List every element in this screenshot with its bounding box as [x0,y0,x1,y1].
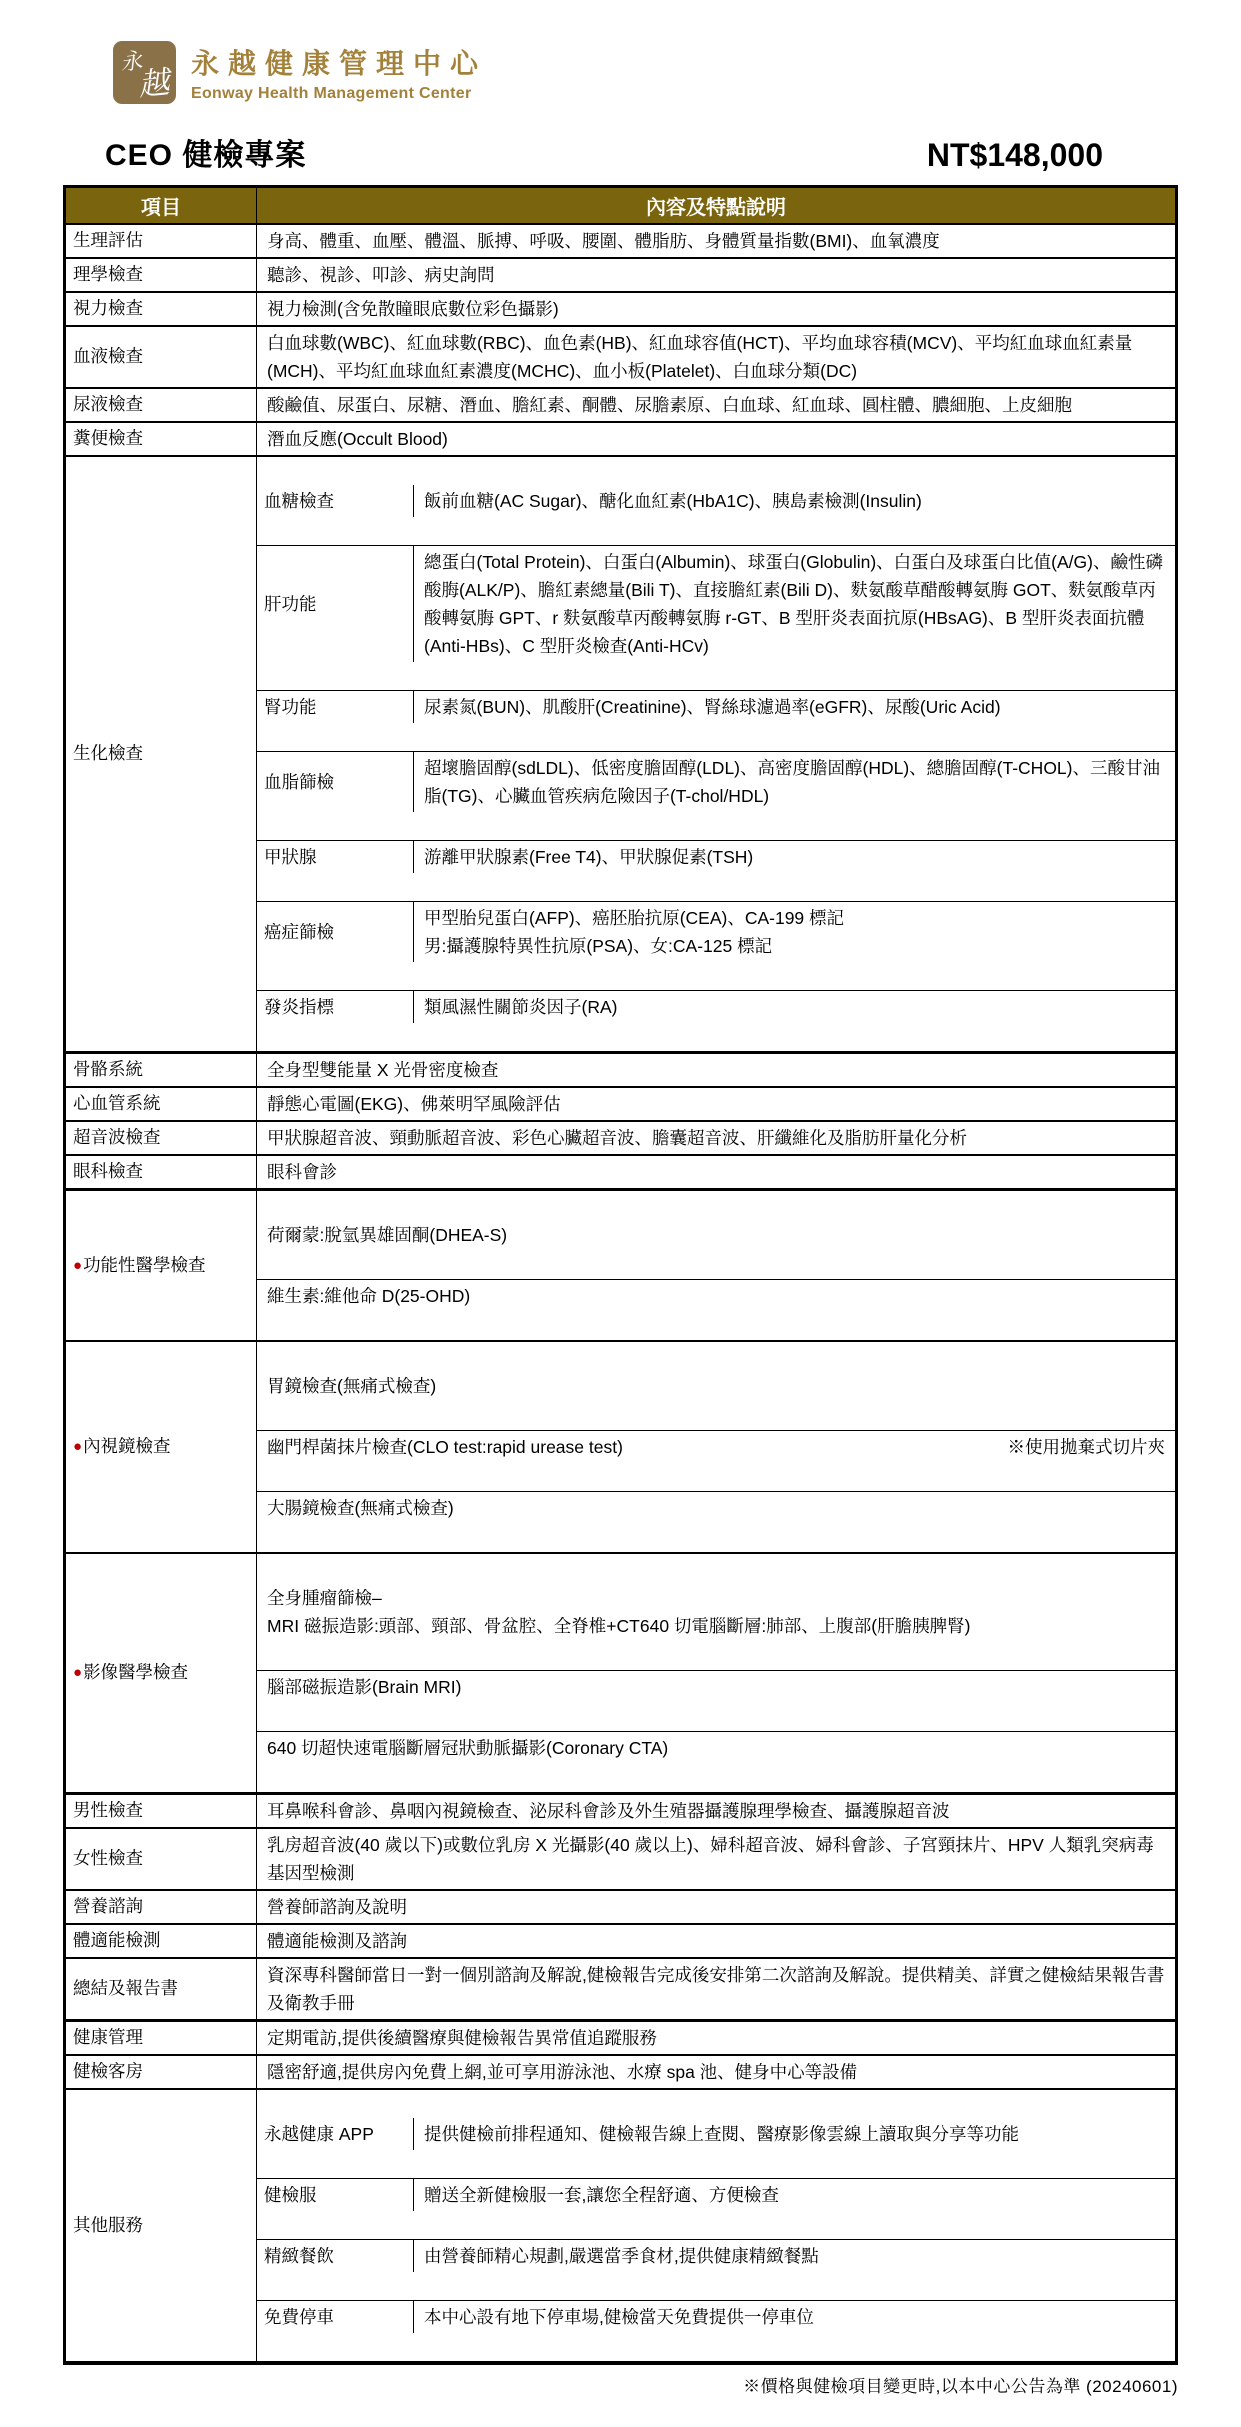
sub-line-main: 幽門桿菌抹片檢查(CLO test:rapid urease test) [267,1433,623,1461]
row-content: 酸鹼值、尿蛋白、尿糖、潛血、膽紅素、酮體、尿膽素原、白血球、紅血球、圓柱體、膿細… [257,388,1177,422]
row-content: 血糖檢查 飯前血糖(AC Sugar)、醣化血紅素(HbA1C)、胰島素檢測(I… [257,456,1177,1053]
sub-label: 血糖檢查 [257,485,414,517]
row-label: 總結及報告書 [65,1958,257,2021]
row-label: 健檢客房 [65,2055,257,2089]
sub-row: 甲狀腺 游離甲狀腺素(Free T4)、甲狀腺促素(TSH) [257,840,1175,873]
sub-line: 腦部磁振造影(Brain MRI) [257,1670,1175,1703]
sub-label: 發炎指標 [257,991,414,1023]
row-label: 女性檢查 [65,1828,257,1890]
logo-names: 永越健康管理中心 Eonway Health Management Center [191,42,487,103]
row-label: 營養諮詢 [65,1890,257,1924]
table-row-male-exam: 男性檢查 耳鼻喉科會診、鼻咽內視鏡檢查、泌尿科會診及外生殖器攝護腺理學檢查、攝護… [65,1794,1177,1829]
sub-label: 腎功能 [257,691,414,723]
table-row-physiology: 生理評估 身高、體重、血壓、體溫、脈搏、呼吸、腰圍、體脂肪、身體質量指數(BMI… [65,224,1177,258]
row-content: 體適能檢測及諮詢 [257,1924,1177,1958]
row-content: 隱密舒適,提供房內免費上網,並可享用游泳池、水療 spa 池、健身中心等設備 [257,2055,1177,2089]
table-row-endoscopy: ●內視鏡檢查 胃鏡檢查(無痛式檢查) 幽門桿菌抹片檢查(CLO test:rap… [65,1341,1177,1553]
sub-content: 類風濕性關節炎因子(RA) [414,991,1175,1023]
sub-content: 超壞膽固醇(sdLDL)、低密度膽固醇(LDL)、高密度膽固醇(HDL)、總膽固… [414,752,1175,812]
row-content: 營養師諮詢及說明 [257,1890,1177,1924]
sub-row: 癌症篩檢 甲型胎兒蛋白(AFP)、癌胚胎抗原(CEA)、CA-199 標記 男:… [257,901,1175,962]
page-title: CEO 健檢專案 [105,130,306,174]
row-label: ●功能性醫學檢查 [65,1190,257,1342]
red-dot-icon: ● [73,1438,82,1455]
table-row-guest-room: 健檢客房 隱密舒適,提供房內免費上網,並可享用游泳池、水療 spa 池、健身中心… [65,2055,1177,2089]
row-label: 眼科檢查 [65,1155,257,1190]
sub-content: 尿素氮(BUN)、肌酸肝(Creatinine)、腎絲球濾過率(eGFR)、尿酸… [414,691,1175,723]
sub-label: 永越健康 APP [257,2118,414,2150]
sub-content: 提供健檢前排程通知、健檢報告線上查閱、醫療影像雲線上讀取與分享等功能 [414,2118,1175,2150]
row-label: 生理評估 [65,224,257,258]
row-label: 尿液檢查 [65,388,257,422]
row-content: 潛血反應(Occult Blood) [257,422,1177,456]
sub-label: 免費停車 [257,2301,414,2333]
table-row-stool: 糞便檢查 潛血反應(Occult Blood) [65,422,1177,456]
sub-line: 大腸鏡檢查(無痛式檢查) [257,1491,1175,1524]
row-content: 全身腫瘤篩檢– MRI 磁振造影:頭部、頸部、骨盆腔、全脊椎+CT640 切電腦… [257,1553,1177,1794]
sub-line: 全身腫瘤篩檢– MRI 磁振造影:頭部、頸部、骨盆腔、全脊椎+CT640 切電腦… [257,1582,1175,1642]
row-label: 超音波檢查 [65,1121,257,1155]
sub-row: 腎功能 尿素氮(BUN)、肌酸肝(Creatinine)、腎絲球濾過率(eGFR… [257,690,1175,723]
row-content: 甲狀腺超音波、頸動脈超音波、彩色心臟超音波、膽囊超音波、肝纖維化及脂肪肝量化分析 [257,1121,1177,1155]
row-content: 資深專科醫師當日一對一個別諮詢及解說,健檢報告完成後安排第二次諮詢及解說。提供精… [257,1958,1177,2021]
sub-content: 贈送全新健檢服一套,讓您全程舒適、方便檢查 [414,2179,1175,2211]
sub-row: 精緻餐飲 由營養師精心規劃,嚴選當季食材,提供健康精緻餐點 [257,2239,1175,2272]
sub-row: 發炎指標 類風濕性關節炎因子(RA) [257,990,1175,1023]
sub-content: 游離甲狀腺素(Free T4)、甲狀腺促素(TSH) [414,841,1175,873]
table-row-blood: 血液檢查 白血球數(WBC)、紅血球數(RBC)、血色素(HB)、紅血球容值(H… [65,326,1177,388]
row-content: 視力檢測(含免散瞳眼底數位彩色攝影) [257,292,1177,326]
row-label-text: 內視鏡檢查 [83,1436,171,1456]
table-row-other-services: 其他服務 永越健康 APP 提供健檢前排程通知、健檢報告線上查閱、醫療影像雲線上… [65,2089,1177,2363]
sub-line: 640 切超快速電腦斷層冠狀動脈攝影(Coronary CTA) [257,1731,1175,1764]
sub-label: 癌症篩檢 [257,902,414,962]
sub-line: 胃鏡檢查(無痛式檢查) [257,1370,1175,1402]
document-page: 永 越 永越健康管理中心 Eonway Health Management Ce… [0,0,1241,2427]
sub-row: 血脂篩檢 超壞膽固醇(sdLDL)、低密度膽固醇(LDL)、高密度膽固醇(HDL… [257,751,1175,812]
row-content: 耳鼻喉科會診、鼻咽內視鏡檢查、泌尿科會診及外生殖器攝護腺理學檢查、攝護腺超音波 [257,1794,1177,1829]
row-content: 全身型雙能量 X 光骨密度檢查 [257,1053,1177,1088]
row-content: 荷爾蒙:脫氫異雄固酮(DHEA-S) 維生素:維他命 D(25-OHD) [257,1190,1177,1342]
sub-line: 維生素:維他命 D(25-OHD) [257,1279,1175,1312]
table-row-vision: 視力檢查 視力檢測(含免散瞳眼底數位彩色攝影) [65,292,1177,326]
sub-row: 血糖檢查 飯前血糖(AC Sugar)、醣化血紅素(HbA1C)、胰島素檢測(I… [257,485,1175,517]
row-label-text: 功能性醫學檢查 [83,1255,206,1275]
row-label: 其他服務 [65,2089,257,2363]
sub-label: 肝功能 [257,546,414,662]
table-row-nutrition: 營養諮詢 營養師諮詢及說明 [65,1890,1177,1924]
row-label: 骨骼系統 [65,1053,257,1088]
sub-content: 由營養師精心規劃,嚴選當季食材,提供健康精緻餐點 [414,2240,1175,2272]
sub-content: 總蛋白(Total Protein)、白蛋白(Albumin)、球蛋白(Glob… [414,546,1175,662]
table-row-physical-exam: 理學檢查 聽診、視診、叩診、病史詢問 [65,258,1177,292]
row-label: 體適能檢測 [65,1924,257,1958]
table-row-imaging: ●影像醫學檢查 全身腫瘤篩檢– MRI 磁振造影:頭部、頸部、骨盆腔、全脊椎+C… [65,1553,1177,1794]
row-content: 身高、體重、血壓、體溫、脈搏、呼吸、腰圍、體脂肪、身體質量指數(BMI)、血氧濃… [257,224,1177,258]
table-row-biochemistry: 生化檢查 血糖檢查 飯前血糖(AC Sugar)、醣化血紅素(HbA1C)、胰島… [65,456,1177,1053]
row-content: 胃鏡檢查(無痛式檢查) 幽門桿菌抹片檢查(CLO test:rapid urea… [257,1341,1177,1553]
logo-name-en: Eonway Health Management Center [191,85,487,103]
table-row-summary-report: 總結及報告書 資深專科醫師當日一對一個別諮詢及解說,健檢報告完成後安排第二次諮詢… [65,1958,1177,2021]
sub-line: 荷爾蒙:脫氫異雄固酮(DHEA-S) [257,1219,1175,1251]
row-content: 定期電訪,提供後續醫療與健檢報告異常值追蹤服務 [257,2021,1177,2056]
price: NT$148,000 [927,137,1103,174]
row-label: ●內視鏡檢查 [65,1341,257,1553]
row-label: 生化檢查 [65,456,257,1053]
row-content: 靜態心電圖(EKG)、佛萊明罕風險評估 [257,1087,1177,1121]
row-content: 乳房超音波(40 歲以下)或數位乳房 X 光攝影(40 歲以上)、婦科超音波、婦… [257,1828,1177,1890]
table-row-female-exam: 女性檢查 乳房超音波(40 歲以下)或數位乳房 X 光攝影(40 歲以上)、婦科… [65,1828,1177,1890]
title-row: CEO 健檢專案 NT$148,000 [63,130,1179,174]
sub-line-note: ※使用拋棄式切片夾 [1008,1433,1166,1461]
sub-row: 肝功能 總蛋白(Total Protein)、白蛋白(Albumin)、球蛋白(… [257,545,1175,662]
row-label-text: 影像醫學檢查 [83,1662,188,1682]
row-content: 永越健康 APP 提供健檢前排程通知、健檢報告線上查閱、醫療影像雲線上讀取與分享… [257,2089,1177,2363]
row-label: 男性檢查 [65,1794,257,1829]
sub-label: 健檢服 [257,2179,414,2211]
table-row-skeletal: 骨骼系統 全身型雙能量 X 光骨密度檢查 [65,1053,1177,1088]
sub-label: 血脂篩檢 [257,752,414,812]
package-table: 項目 內容及特點說明 生理評估 身高、體重、血壓、體溫、脈搏、呼吸、腰圍、體脂肪… [63,185,1178,2365]
sub-content: 本中心設有地下停車場,健檢當天免費提供一停車位 [414,2301,1175,2333]
seal-char: 越 [136,56,172,104]
row-label: ●影像醫學檢查 [65,1553,257,1794]
sub-line: 幽門桿菌抹片檢查(CLO test:rapid urease test) ※使用… [257,1430,1175,1463]
row-content: 眼科會診 [257,1155,1177,1190]
sub-label: 精緻餐飲 [257,2240,414,2272]
row-label: 血液檢查 [65,326,257,388]
row-label: 心血管系統 [65,1087,257,1121]
red-dot-icon: ● [73,1664,82,1681]
red-dot-icon: ● [73,1257,82,1274]
row-label: 糞便檢查 [65,422,257,456]
footnote: ※價格與健檢項目變更時,以本中心公告為準 (20240601) [63,2372,1178,2397]
table-row-functional-medicine: ●功能性醫學檢查 荷爾蒙:脫氫異雄固酮(DHEA-S) 維生素:維他命 D(25… [65,1190,1177,1342]
table-row-ophthalmology: 眼科檢查 眼科會診 [65,1155,1177,1190]
row-label: 健康管理 [65,2021,257,2056]
row-label: 理學檢查 [65,258,257,292]
logo: 永 越 永越健康管理中心 Eonway Health Management Ce… [113,38,1179,106]
column-header-item: 項目 [65,187,257,225]
table-row-ultrasound: 超音波檢查 甲狀腺超音波、頸動脈超音波、彩色心臟超音波、膽囊超音波、肝纖維化及脂… [65,1121,1177,1155]
table-row-urine: 尿液檢查 酸鹼值、尿蛋白、尿糖、潛血、膽紅素、酮體、尿膽素原、白血球、紅血球、圓… [65,388,1177,422]
table-row-cardiovascular: 心血管系統 靜態心電圖(EKG)、佛萊明罕風險評估 [65,1087,1177,1121]
row-label: 視力檢查 [65,292,257,326]
sub-content: 甲型胎兒蛋白(AFP)、癌胚胎抗原(CEA)、CA-199 標記 男:攝護腺特異… [414,902,1175,962]
row-content: 聽診、視診、叩診、病史詢問 [257,258,1177,292]
table-row-health-management: 健康管理 定期電訪,提供後續醫療與健檢報告異常值追蹤服務 [65,2021,1177,2056]
sub-content: 飯前血糖(AC Sugar)、醣化血紅素(HbA1C)、胰島素檢測(Insuli… [414,485,1175,517]
logo-seal-icon: 永 越 [113,41,176,104]
sub-label: 甲狀腺 [257,841,414,873]
row-content: 白血球數(WBC)、紅血球數(RBC)、血色素(HB)、紅血球容值(HCT)、平… [257,326,1177,388]
sub-row: 健檢服 贈送全新健檢服一套,讓您全程舒適、方便檢查 [257,2178,1175,2211]
sub-row: 免費停車 本中心設有地下停車場,健檢當天免費提供一停車位 [257,2300,1175,2333]
logo-name-zh: 永越健康管理中心 [191,42,487,82]
column-header-desc: 內容及特點說明 [257,187,1177,225]
sub-row: 永越健康 APP 提供健檢前排程通知、健檢報告線上查閱、醫療影像雲線上讀取與分享… [257,2118,1175,2150]
table-header-row: 項目 內容及特點說明 [65,187,1177,225]
table-row-fitness: 體適能檢測 體適能檢測及諮詢 [65,1924,1177,1958]
